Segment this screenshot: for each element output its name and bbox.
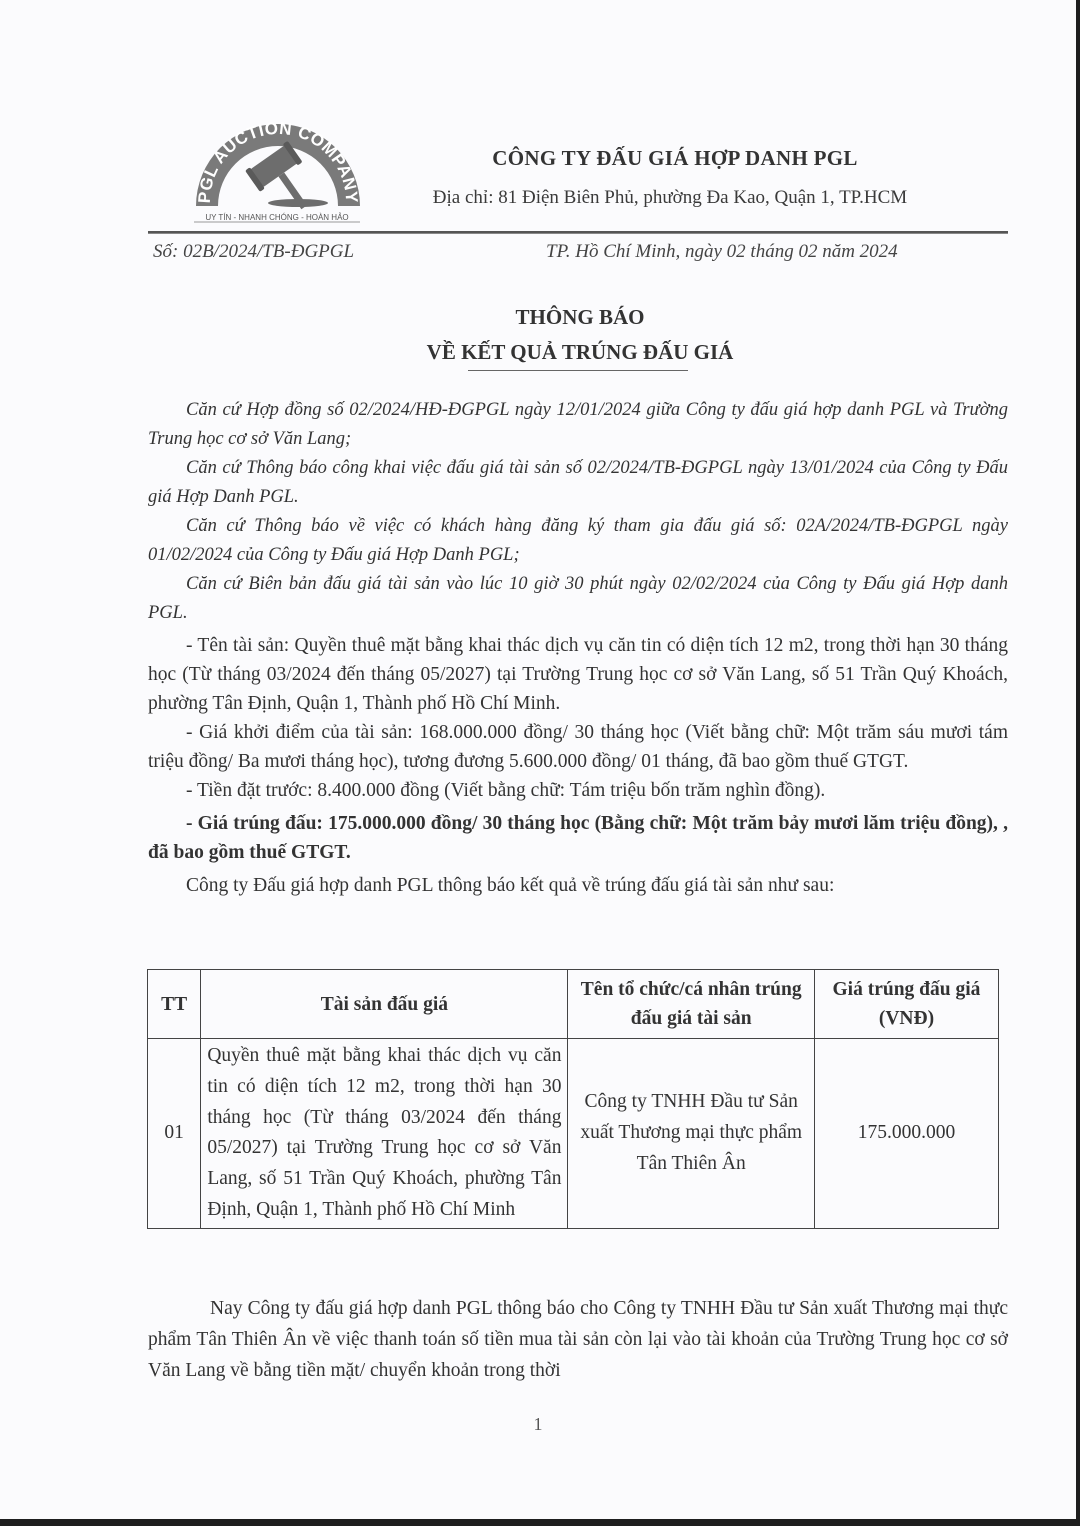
- page-number: 1: [0, 1414, 1076, 1435]
- cell-asset: Quyền thuê mặt bằng khai thác dịch vụ că…: [201, 1039, 568, 1229]
- company-address: Địa chỉ: 81 Điện Biên Phủ, phường Đa Kao…: [380, 187, 960, 209]
- table-intro: Công ty Đấu giá hợp danh PGL thông báo k…: [148, 871, 1008, 900]
- deposit: - Tiền đặt trước: 8.400.000 đồng (Viết b…: [148, 776, 1008, 805]
- basis-item: Căn cứ Biên bản đấu giá tài sản vào lúc …: [148, 570, 1008, 628]
- scan-edge: [1076, 0, 1080, 1526]
- header-tt: TT: [148, 970, 201, 1039]
- header-asset: Tài sản đấu giá: [201, 970, 568, 1039]
- closing-text: Nay Công ty đấu giá hợp danh PGL thông b…: [148, 1293, 1008, 1386]
- cell-tt: 01: [148, 1039, 201, 1229]
- document-title: THÔNG BÁO: [140, 305, 1020, 330]
- header-price: Giá trúng đấu giá (VNĐ): [814, 970, 998, 1039]
- header-winner: Tên tổ chức/cá nhân trúng đấu giá tài sả…: [568, 970, 814, 1039]
- asset-name: - Tên tài sản: Quyền thuê mặt bằng khai …: [148, 631, 1008, 718]
- cell-winner: Công ty TNHH Đầu tư Sản xuất Thương mại …: [568, 1039, 814, 1229]
- company-logo: PGL AUCTION COMPANY UY TÍN - NHANH CHÓNG…: [188, 106, 366, 224]
- winning-price: - Giá trúng đấu: 175.000.000 đồng/ 30 th…: [148, 809, 1008, 867]
- document-number: Số: 02B/2024/TB-ĐGPGL: [153, 241, 354, 263]
- scan-edge: [0, 1519, 1080, 1526]
- asset-details: - Tên tài sản: Quyền thuê mặt bằng khai …: [148, 631, 1008, 900]
- gavel-icon: PGL AUCTION COMPANY UY TÍN - NHANH CHÓNG…: [188, 106, 366, 224]
- document-date: TP. Hồ Chí Minh, ngày 02 tháng 02 năm 20…: [546, 241, 898, 263]
- title-underline: [468, 370, 688, 371]
- basis-item: Căn cứ Hợp đồng số 02/2024/HĐ-ĐGPGL ngày…: [148, 396, 1008, 454]
- table-header-row: TT Tài sản đấu giá Tên tổ chức/cá nhân t…: [148, 970, 999, 1039]
- cell-price: 175.000.000: [814, 1039, 998, 1229]
- result-table: TT Tài sản đấu giá Tên tổ chức/cá nhân t…: [147, 969, 999, 1229]
- logo-tagline: UY TÍN - NHANH CHÓNG - HOÀN HẢO: [205, 213, 348, 222]
- table-row: 01 Quyền thuê mặt bằng khai thác dịch vụ…: [148, 1039, 999, 1229]
- starting-price: - Giá khởi điểm của tài sản: 168.000.000…: [148, 718, 1008, 776]
- legal-basis: Căn cứ Hợp đồng số 02/2024/HĐ-ĐGPGL ngày…: [148, 396, 1008, 628]
- closing-paragraph: Nay Công ty đấu giá hợp danh PGL thông b…: [148, 1293, 1008, 1386]
- document-page: PGL AUCTION COMPANY UY TÍN - NHANH CHÓNG…: [0, 0, 1076, 1519]
- company-name: CÔNG TY ĐẤU GIÁ HỢP DANH PGL: [390, 146, 960, 171]
- basis-item: Căn cứ Thông báo về việc có khách hàng đ…: [148, 512, 1008, 570]
- basis-item: Căn cứ Thông báo công khai việc đấu giá …: [148, 454, 1008, 512]
- document-subtitle: VỀ KẾT QUẢ TRÚNG ĐẤU GIÁ: [140, 340, 1020, 365]
- header-divider: [148, 231, 1008, 234]
